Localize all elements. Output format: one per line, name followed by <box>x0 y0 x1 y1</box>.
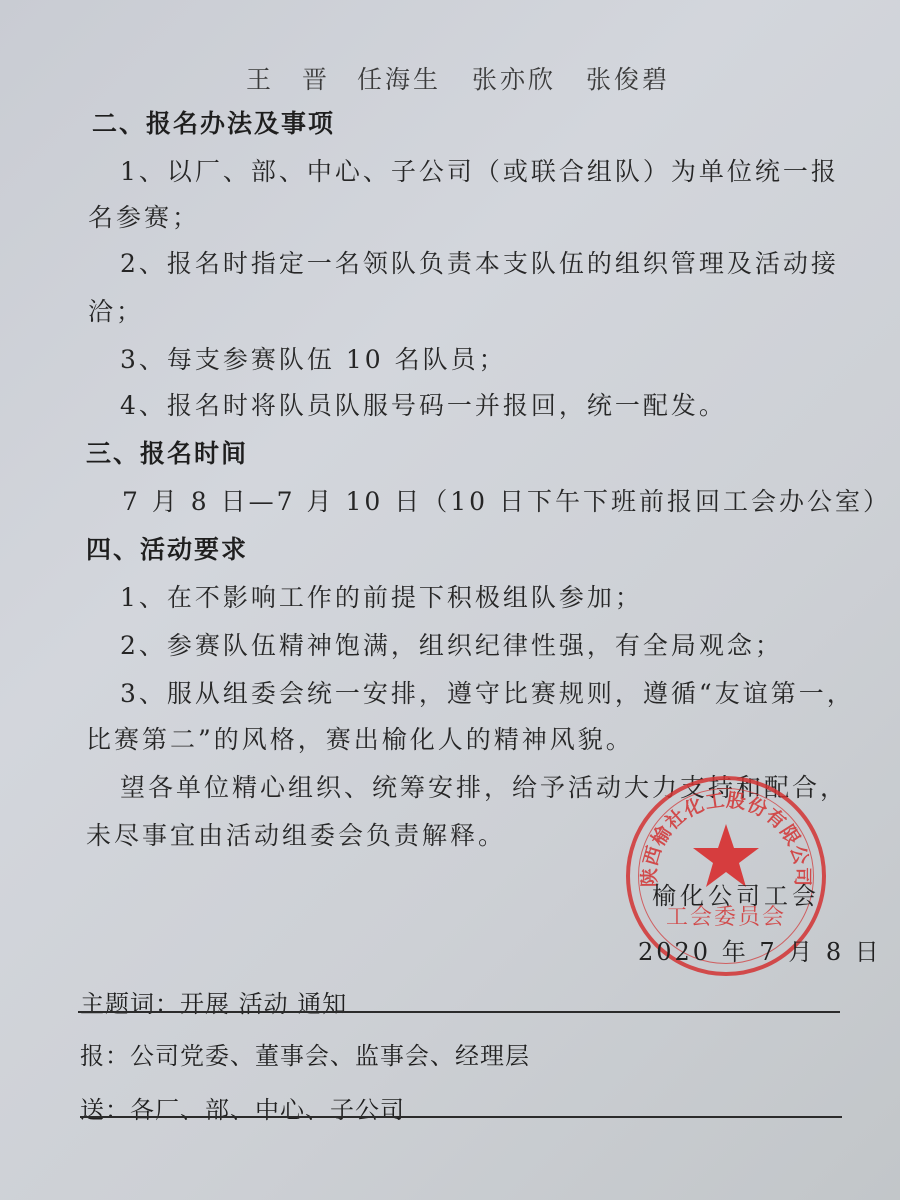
section4-item-1: 1、在不影响工作的前提下积极组队参加； <box>120 578 643 614</box>
footer-keywords: 主题词：开展 活动 通知 <box>80 984 347 1019</box>
signature-date: 2020 年 7 月 8 日 <box>638 932 882 967</box>
section2-item-1: 1、以厂、部、中心、子公司（或联合组队）为单位统一报 <box>120 152 839 188</box>
section3-text: 7 月 8 日—7 月 10 日（10 日下午下班前报回工会办公室） <box>122 482 891 518</box>
committee-name: 张俊碧 <box>586 60 670 96</box>
footer-send-to: 送：各厂、部、中心、子公司 <box>80 1090 405 1125</box>
signature-org: 榆化公司工会 <box>652 876 820 911</box>
section4-item-3: 3、服从组委会统一安排，遵守比赛规则，遵循“友谊第一， <box>120 674 855 710</box>
committee-name: 张亦欣 <box>472 60 556 96</box>
section2-item-1-cont: 名参赛； <box>88 198 200 234</box>
section3-heading: 三、报名时间 <box>86 434 248 470</box>
section4-heading: 四、活动要求 <box>86 530 248 566</box>
section2-heading: 二、报名办法及事项 <box>92 104 335 140</box>
section2-item-2-cont: 洽； <box>88 292 144 328</box>
section4-item-2: 2、参赛队伍精神饱满，组织纪律性强，有全局观念； <box>120 626 783 662</box>
closing-line-2: 未尽事宜由活动组委会负责解释。 <box>86 816 506 852</box>
section2-item-3: 3、每支参赛队伍 10 名队员； <box>120 340 507 376</box>
document-page: 王 晋 任海生 张亦欣 张俊碧 二、报名办法及事项 1、以厂、部、中心、子公司（… <box>0 0 900 1200</box>
section4-item-3-cont: 比赛第二”的风格，赛出榆化人的精神风貌。 <box>86 720 634 756</box>
committee-name: 王 晋 <box>246 60 330 96</box>
section2-item-2: 2、报名时指定一名领队负责本支队伍的组织管理及活动接 <box>120 244 839 280</box>
section2-item-4: 4、报名时将队员队服号码一并报回，统一配发。 <box>120 386 727 422</box>
divider <box>78 1011 840 1013</box>
committee-name: 任海生 <box>357 60 441 96</box>
divider <box>80 1116 842 1118</box>
footer-report-to: 报：公司党委、董事会、监事会、经理层 <box>80 1036 530 1071</box>
